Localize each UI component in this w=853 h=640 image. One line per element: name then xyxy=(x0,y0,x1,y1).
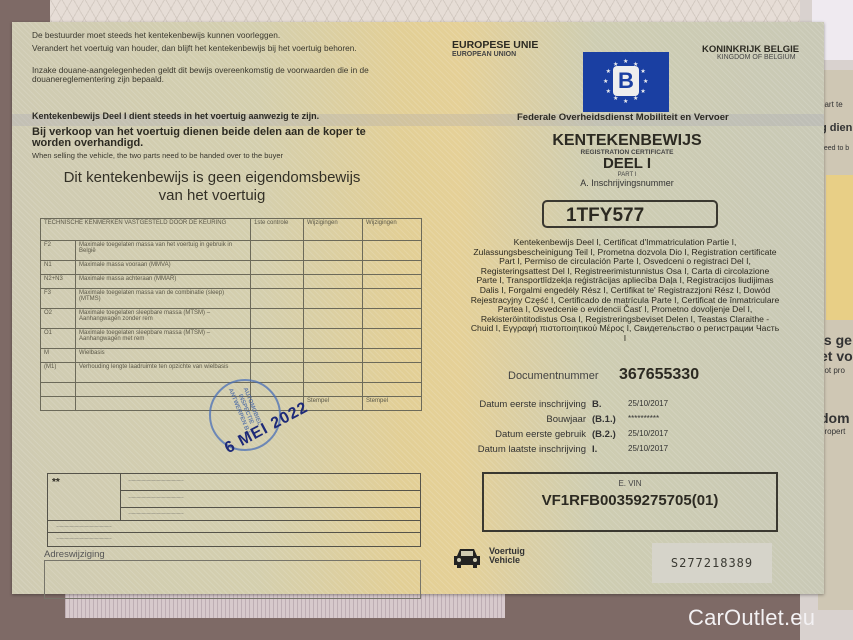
table-cell xyxy=(363,241,422,261)
table-cell xyxy=(304,349,363,363)
serial-number: S277218389 xyxy=(652,543,772,583)
field-value: 25/10/2017 xyxy=(628,399,668,408)
table-cell xyxy=(251,329,304,349)
stamp-cell: Stempel xyxy=(363,397,422,411)
table-cell xyxy=(363,383,422,397)
row-label: Maximale massa vooraan (MMVA) xyxy=(76,261,251,275)
disclaimer-line: Dit kentekenbewijs is geen eigendomsbewi… xyxy=(62,169,362,187)
row-label: Maximale massa achteraan (MMAR) xyxy=(76,275,251,289)
star-icon: ★ xyxy=(606,68,611,75)
star-icon: ★ xyxy=(623,58,628,65)
field-label: Datum eerste gebruik xyxy=(452,429,586,440)
vehicle-label: Voertuig Vehicle xyxy=(489,547,525,565)
belgium-eu-flag: ★★★★★★★★★★★★ B xyxy=(583,52,669,112)
vehicle-label-en: Vehicle xyxy=(489,556,525,565)
table-cell xyxy=(251,241,304,261)
marker-text: ** xyxy=(52,477,60,488)
fragment-text: is ge xyxy=(820,332,852,348)
address-change-label: Adreswijziging xyxy=(44,549,105,560)
vin-box: E. VIN VF1RFB00359275705(01) xyxy=(482,472,778,532)
sticky-note xyxy=(826,175,853,320)
table-row: N2+N3Maximale massa achteraan (MMAR) xyxy=(41,275,422,289)
row-code: F3 xyxy=(41,289,76,309)
table-cell xyxy=(363,289,422,309)
table-cell xyxy=(304,329,363,349)
dotted-line: …………………………… xyxy=(128,510,183,516)
rule-text: De bestuurder moet steeds het kentekenbe… xyxy=(32,31,422,40)
star-icon: ★ xyxy=(623,98,628,105)
table-row: MWielbasis xyxy=(41,349,422,363)
star-icon: ★ xyxy=(640,68,645,75)
kingdom-label-en: KINGDOM OF BELGIUM xyxy=(717,54,796,61)
document-number: 367655330 xyxy=(619,366,699,384)
star-icon: ★ xyxy=(603,78,608,85)
field-code: I. xyxy=(592,444,597,455)
field-label: Datum laatste inschrijving xyxy=(452,444,586,455)
field-label: Bouwjaar xyxy=(452,414,586,425)
table-row: O2Maximale toegelaten sleepbare massa (M… xyxy=(41,309,422,329)
table-cell xyxy=(304,241,363,261)
eu-label-en: EUROPEAN UNION xyxy=(452,51,516,58)
row-label: Wielbasis xyxy=(76,349,251,363)
star-icon: ★ xyxy=(613,95,618,102)
table-row: O1Maximale toegelaten sleepbare massa (M… xyxy=(41,329,422,349)
table-cell xyxy=(41,397,76,411)
column-header: Wijzigingen xyxy=(363,219,422,241)
table-cell xyxy=(304,289,363,309)
field-value: 25/10/2017 xyxy=(628,444,668,453)
star-icon: ★ xyxy=(606,88,611,95)
table-header: TECHNISCHE KENMERKEN VASTGESTELD DOOR DE… xyxy=(41,219,251,241)
country-letter: B xyxy=(613,66,639,96)
table-cell xyxy=(363,275,422,289)
rule-text: Verandert het voertuig van houder, dan b… xyxy=(32,44,427,53)
document-number-label: Documentnummer xyxy=(508,370,598,382)
row-code xyxy=(41,383,76,397)
column-header: Wijzigingen xyxy=(304,219,363,241)
car-icon xyxy=(452,547,482,574)
row-code: O2 xyxy=(41,309,76,329)
table-cell xyxy=(304,383,363,397)
table-row: F2Maximale toegelaten massa van het voer… xyxy=(41,241,422,261)
field-code: B. xyxy=(592,399,602,410)
row-code: F2 xyxy=(41,241,76,261)
table-cell xyxy=(251,261,304,275)
table-cell xyxy=(251,289,304,309)
table-cell xyxy=(251,363,304,383)
fragment-text: dom xyxy=(820,410,850,426)
doc-title-block: KENTEKENBEWIJS REGISTRATION CERTIFICATE … xyxy=(552,132,702,189)
row-label: Maximale toegelaten massa van het voertu… xyxy=(76,241,251,261)
field-label: Datum eerste inschrijving xyxy=(452,399,586,410)
dotted-line: …………………………… xyxy=(56,535,111,541)
reg-number-label: A. Inschrijvingsnummer xyxy=(552,178,702,189)
authority: Federale Overheidsdienst Mobiliteit en V… xyxy=(517,112,729,123)
table-row: (M1)Verhouding lengte laadruimte ten opz… xyxy=(41,363,422,383)
table-cell xyxy=(363,261,422,275)
registration-number: 1TFY577 xyxy=(542,200,718,228)
row-label: Maximale toegelaten sleepbare massa (MTS… xyxy=(76,309,251,329)
dotted-line: …………………………… xyxy=(128,477,183,483)
table-cell xyxy=(363,309,422,329)
row-label: Maximale toegelaten sleepbare massa (MTS… xyxy=(76,329,251,349)
star-icon: ★ xyxy=(643,78,648,85)
vin-label: E. VIN xyxy=(484,479,776,488)
table-cell xyxy=(304,309,363,329)
notice-sale-en: When selling the vehicle, the two parts … xyxy=(32,151,283,160)
table-row: N1Maximale massa vooraan (MMVA) xyxy=(41,261,422,275)
eu-label: EUROPESE UNIE xyxy=(452,39,538,51)
table-cell xyxy=(363,363,422,383)
row-code: O1 xyxy=(41,329,76,349)
fragment-text: need to b xyxy=(820,145,849,152)
table-cell xyxy=(251,275,304,289)
row-label: Verhouding lengte laadruimte ten opzicht… xyxy=(76,363,251,383)
row-code: M xyxy=(41,349,76,363)
fragment-text: g dien xyxy=(820,122,852,134)
table-cell xyxy=(304,275,363,289)
stamp-cell: Stempel xyxy=(304,397,363,411)
star-icon: ★ xyxy=(633,95,638,102)
notice-deel: Kentekenbewijs Deel I dient steeds in he… xyxy=(32,111,319,121)
star-icon: ★ xyxy=(640,88,645,95)
field-value: 25/10/2017 xyxy=(628,429,668,438)
watermark-logo: CarOutlet.eu xyxy=(688,605,815,631)
dotted-line: …………………………… xyxy=(56,523,111,529)
part-label: DEEL I xyxy=(552,156,702,172)
field-value: ********** xyxy=(628,414,659,423)
dotted-line: …………………………… xyxy=(128,494,183,500)
table-row: F3Maximale toegelaten massa van de combi… xyxy=(41,289,422,309)
table-cell xyxy=(363,329,422,349)
doc-title: KENTEKENBEWIJS xyxy=(552,132,702,149)
multilingual-title: Kentekenbewijs Deel I, Certificat d'Imma… xyxy=(470,238,780,344)
fragment-text: et vo xyxy=(820,348,853,364)
table-cell xyxy=(304,261,363,275)
disclaimer-line: van het voertuig xyxy=(62,187,362,205)
notice-sale: Bij verkoop van het voertuig dienen beid… xyxy=(32,127,392,149)
ownership-disclaimer: Dit kentekenbewijs is geen eigendomsbewi… xyxy=(62,169,362,205)
vin-number: VF1RFB00359275705(01) xyxy=(484,492,776,509)
column-header: 1ste controle xyxy=(251,219,304,241)
table-cell xyxy=(251,309,304,329)
address-change-box xyxy=(44,560,421,599)
row-code: (M1) xyxy=(41,363,76,383)
row-label: Maximale toegelaten massa van de combina… xyxy=(76,289,251,309)
row-code: N2+N3 xyxy=(41,275,76,289)
registration-certificate: De bestuurder moet steeds het kentekenbe… xyxy=(12,22,824,594)
field-code: (B.2.) xyxy=(592,429,616,440)
table-cell xyxy=(363,349,422,363)
table-cell xyxy=(304,363,363,383)
table-cell xyxy=(251,349,304,363)
field-code: (B.1.) xyxy=(592,414,616,425)
row-code: N1 xyxy=(41,261,76,275)
rule-text: Inzake douane-aangelegenheden geldt dit … xyxy=(32,66,422,84)
holder-box: ** …………………………… …………………………… …………………………… …… xyxy=(47,473,421,547)
